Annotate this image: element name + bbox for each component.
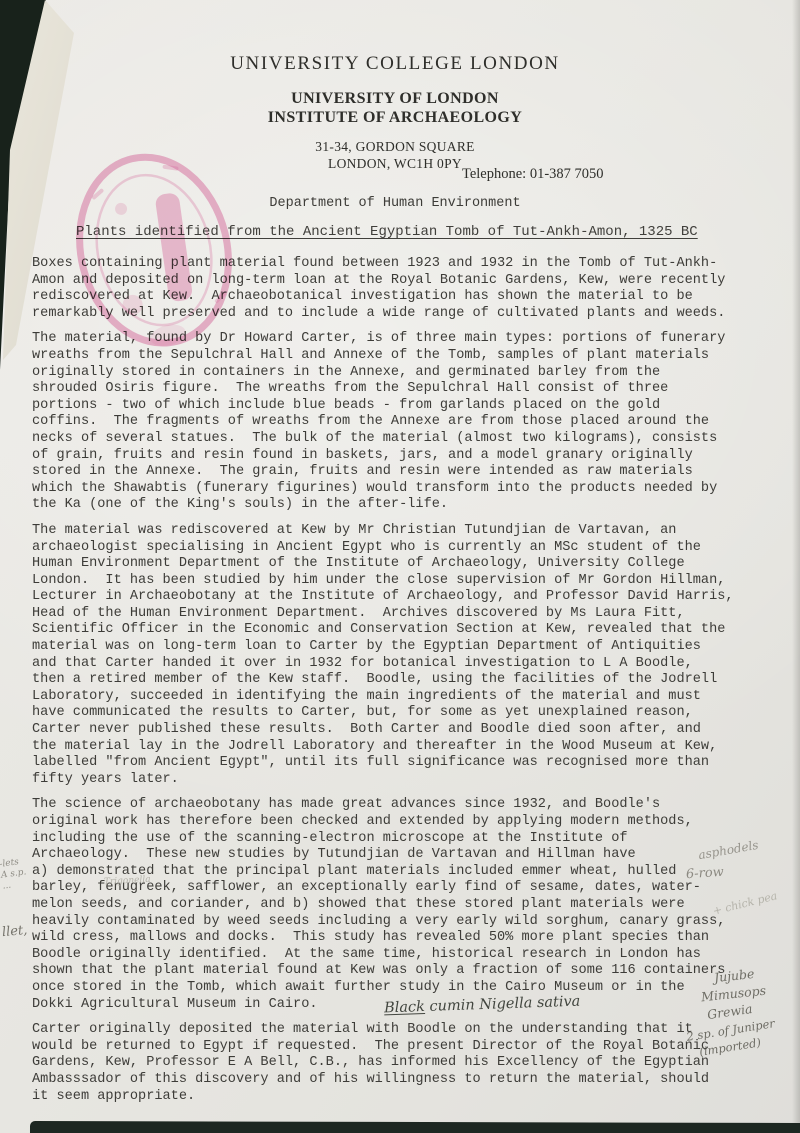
document-title: Plants identified from the Ancient Egypt…: [76, 224, 698, 240]
department-line: Department of Human Environment: [0, 196, 790, 211]
paragraph-4: The science of archaeobotany has made gr…: [32, 797, 780, 1013]
letterhead-address-line2: LONDON, WC1H 0PY: [0, 156, 790, 172]
paragraph-5: Carter originally deposited the material…: [32, 1022, 780, 1105]
pencil-note-millet: llet,: [1, 923, 28, 940]
paragraph-2: The material, found by Dr Howard Carter,…: [32, 331, 780, 514]
document-body: Boxes containing plant material found be…: [32, 256, 780, 1114]
letterhead-institute: INSTITUTE OF ARCHAEOLOGY: [0, 109, 790, 127]
letterhead-university-college: UNIVERSITY COLLEGE LONDON: [0, 53, 790, 75]
paragraph-1: Boxes containing plant material found be…: [32, 256, 780, 322]
pencil-note-six-row: 6-row: [686, 865, 725, 883]
letterhead-telephone: Telephone: 01-387 7050: [462, 166, 604, 183]
letterhead-address-line1: 31-34, GORDON SQUARE: [0, 139, 790, 155]
paragraph-3: The material was rediscovered at Kew by …: [32, 523, 780, 789]
scanned-document-page: UNIVERSITY COLLEGE LONDON UNIVERSITY OF …: [0, 0, 800, 1133]
right-edge-shadow: [792, 0, 800, 1133]
letterhead-university-of-london: UNIVERSITY OF LONDON: [0, 90, 790, 108]
scanner-background-bottom-edge: [30, 1121, 800, 1133]
pen-note-underlined-word: Black: [384, 999, 425, 1016]
pencil-note-left-margin-cluster: -lets A s.p. ...: [0, 856, 29, 892]
